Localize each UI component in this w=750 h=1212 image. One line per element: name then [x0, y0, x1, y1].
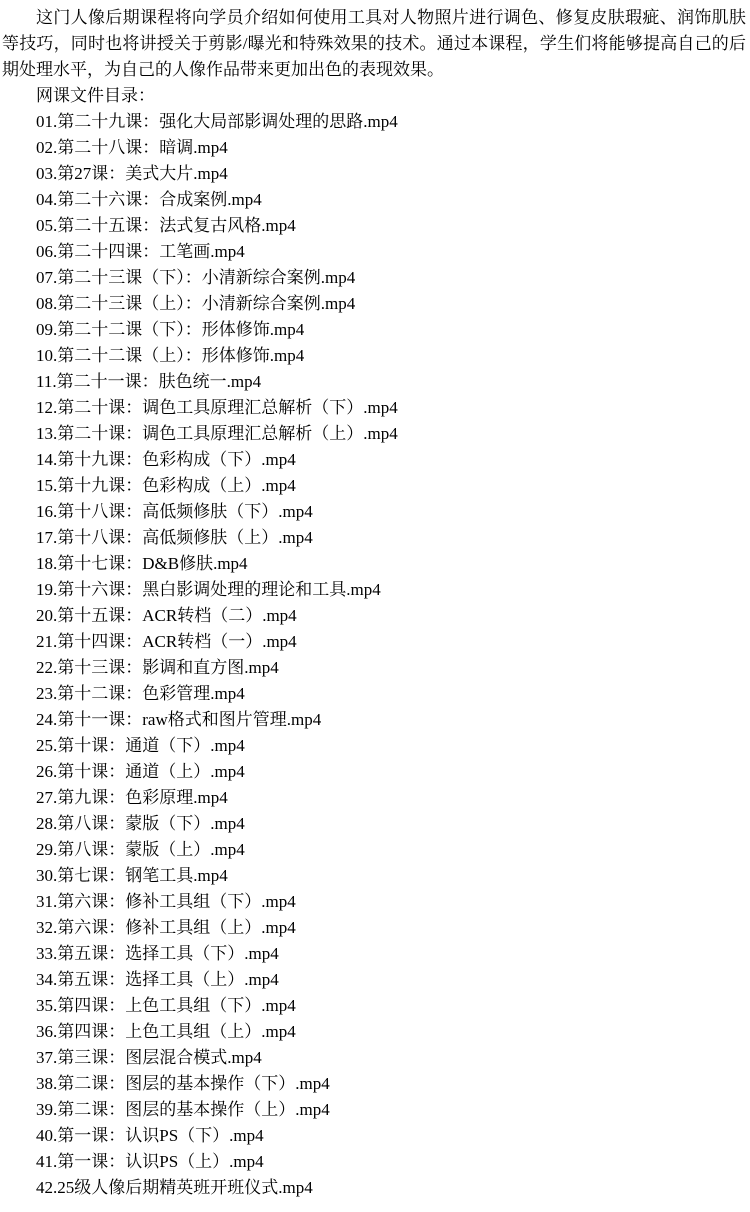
file-item: 35.第四课：上色工具组（下）.mp4 [2, 993, 746, 1019]
file-item: 34.第五课：选择工具（上）.mp4 [2, 967, 746, 993]
file-item: 25.第十课：通道（下）.mp4 [2, 733, 746, 759]
file-item: 15.第十九课：色彩构成（上）.mp4 [2, 473, 746, 499]
file-item: 39.第二课：图层的基本操作（上）.mp4 [2, 1097, 746, 1123]
directory-heading: 网课文件目录： [2, 83, 746, 109]
file-item: 06.第二十四课：工笔画.mp4 [2, 239, 746, 265]
file-item: 11.第二十一课：肤色统一.mp4 [2, 369, 746, 395]
file-item: 17.第十八课：高低频修肤（上）.mp4 [2, 525, 746, 551]
file-item: 03.第27课：美式大片.mp4 [2, 161, 746, 187]
file-item: 10.第二十二课（上）：形体修饰.mp4 [2, 343, 746, 369]
file-item: 30.第七课：钢笔工具.mp4 [2, 863, 746, 889]
file-item: 20.第十五课：ACR转档（二）.mp4 [2, 603, 746, 629]
file-item: 31.第六课：修补工具组（下）.mp4 [2, 889, 746, 915]
file-item: 16.第十八课：高低频修肤（下）.mp4 [2, 499, 746, 525]
document-body: 这门人像后期课程将向学员介绍如何使用工具对人物照片进行调色、修复皮肤瑕疵、润饰肌… [0, 0, 750, 1201]
file-item: 07.第二十三课（下）：小清新综合案例.mp4 [2, 265, 746, 291]
file-item: 38.第二课：图层的基本操作（下）.mp4 [2, 1071, 746, 1097]
file-item: 09.第二十二课（下）：形体修饰.mp4 [2, 317, 746, 343]
file-item: 22.第十三课：影调和直方图.mp4 [2, 655, 746, 681]
file-item: 29.第八课：蒙版（上）.mp4 [2, 837, 746, 863]
file-item: 36.第四课：上色工具组（上）.mp4 [2, 1019, 746, 1045]
file-item: 23.第十二课：色彩管理.mp4 [2, 681, 746, 707]
file-item: 37.第三课：图层混合模式.mp4 [2, 1045, 746, 1071]
file-item: 21.第十四课：ACR转档（一）.mp4 [2, 629, 746, 655]
file-item: 41.第一课：认识PS（上）.mp4 [2, 1149, 746, 1175]
file-item: 42.25级人像后期精英班开班仪式.mp4 [2, 1175, 746, 1201]
file-item: 14.第十九课：色彩构成（下）.mp4 [2, 447, 746, 473]
file-item: 27.第九课：色彩原理.mp4 [2, 785, 746, 811]
file-item: 01.第二十九课：强化大局部影调处理的思路.mp4 [2, 109, 746, 135]
file-item: 32.第六课：修补工具组（上）.mp4 [2, 915, 746, 941]
file-item: 19.第十六课：黑白影调处理的理论和工具.mp4 [2, 577, 746, 603]
file-item: 40.第一课：认识PS（下）.mp4 [2, 1123, 746, 1149]
file-item: 28.第八课：蒙版（下）.mp4 [2, 811, 746, 837]
file-item: 18.第十七课：D&B修肤.mp4 [2, 551, 746, 577]
file-item: 04.第二十六课：合成案例.mp4 [2, 187, 746, 213]
file-item: 26.第十课：通道（上）.mp4 [2, 759, 746, 785]
file-list: 01.第二十九课：强化大局部影调处理的思路.mp402.第二十八课：暗调.mp4… [2, 109, 746, 1201]
course-intro-paragraph: 这门人像后期课程将向学员介绍如何使用工具对人物照片进行调色、修复皮肤瑕疵、润饰肌… [2, 5, 746, 83]
file-item: 13.第二十课：调色工具原理汇总解析（上）.mp4 [2, 421, 746, 447]
file-item: 12.第二十课：调色工具原理汇总解析（下）.mp4 [2, 395, 746, 421]
file-item: 08.第二十三课（上）：小清新综合案例.mp4 [2, 291, 746, 317]
file-item: 24.第十一课：raw格式和图片管理.mp4 [2, 707, 746, 733]
file-item: 02.第二十八课：暗调.mp4 [2, 135, 746, 161]
file-item: 05.第二十五课：法式复古风格.mp4 [2, 213, 746, 239]
file-item: 33.第五课：选择工具（下）.mp4 [2, 941, 746, 967]
